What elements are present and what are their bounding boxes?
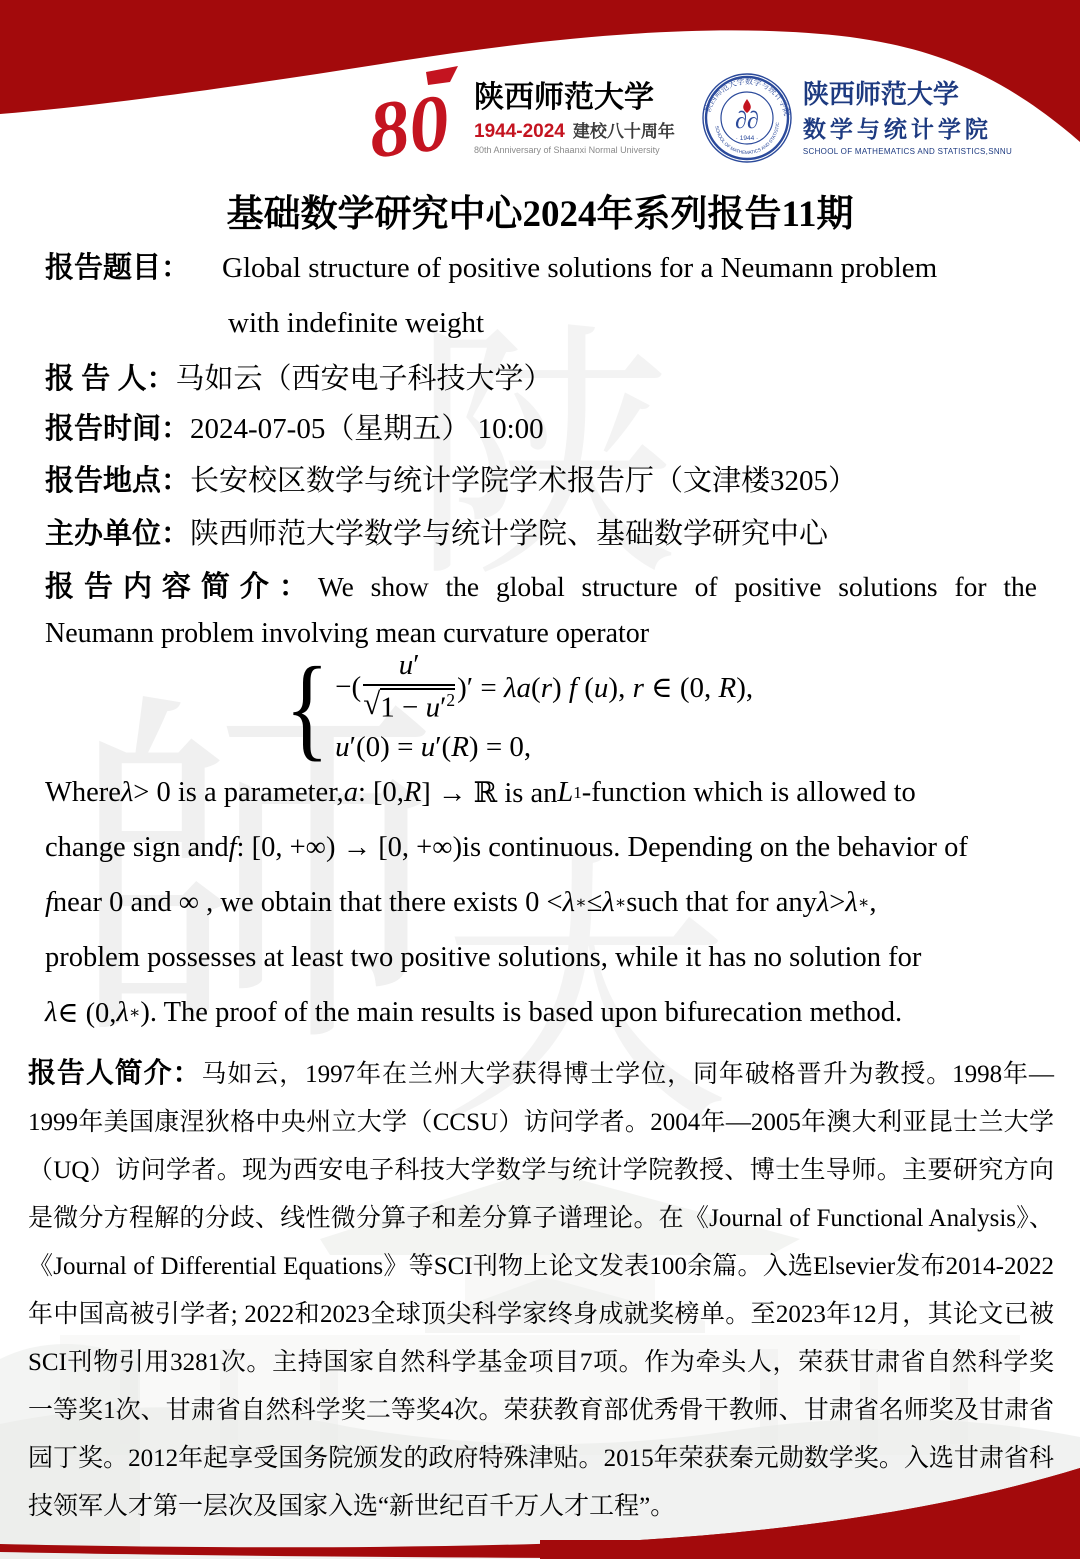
field-label: 报 告 人： <box>45 363 176 395</box>
fraction-denominator: √ 1 − u′2 <box>363 684 455 725</box>
abstract-line: f near 0 and ∞ , we obtain that there ex… <box>45 875 1043 930</box>
field-value: Global structure of positive solutions f… <box>222 252 937 284</box>
seminar-poster: 陕 師 大 80 陕西师范大学 <box>0 0 1080 1559</box>
snnu-anniversary-logo: 80 陕西师范大学 1944-2024 建校八十周年 80th Annivers… <box>368 64 675 172</box>
equation: { −( u′ √ 1 − u′2 )′ = λa(r) f (u), r ∈ … <box>285 650 753 764</box>
field-value: 马如云（西安电子科技大学） <box>176 363 553 395</box>
equation-rhs: )′ = λa(r) f (u), r ∈ (0, R), <box>457 670 753 705</box>
school-name: 数学与统计学院 <box>803 111 1012 144</box>
field-label: 报告地点： <box>45 465 190 497</box>
math-school-seal-icon: 陕西师范大学数学与统计学院 SCHOOL OF MATHEMATICS AND … <box>701 72 793 164</box>
equation-brace: { <box>285 650 329 765</box>
fraction-numerator: u′ <box>399 650 420 684</box>
anniversary-years: 1944-2024 <box>474 121 565 143</box>
abstract-line: problem possesses at least two positive … <box>45 930 1043 985</box>
equation-fraction: u′ √ 1 − u′2 <box>363 650 455 725</box>
university-name: 陕西师范大学 <box>803 80 1012 111</box>
abstract-intro-text: We show the global structure of positive… <box>318 571 1037 602</box>
abstract-intro: 报告内容简介：We show the global structure of p… <box>45 564 1037 605</box>
bio-text: 马如云，1997年在兰州大学获得博士学位，同年破格晋升为教授。1998年—199… <box>28 1061 1054 1520</box>
field-value: 长安校区数学与统计学院学术报告厅（文津楼3205） <box>190 465 857 497</box>
svg-text:· 1944 ·: · 1944 · <box>736 135 758 142</box>
bio-label: 报告人简介： <box>28 1058 202 1089</box>
field-label: 报告题目： <box>45 252 190 284</box>
anniversary-label: 建校八十周年 <box>573 117 675 142</box>
field-value: 陕西师范大学数学与统计学院、基础数学研究中心 <box>190 518 828 550</box>
speaker-bio: 报告人简介：马如云，1997年在兰州大学获得博士学位，同年破格晋升为教授。199… <box>28 1050 1054 1531</box>
field-organizer: 主办单位：陕西师范大学数学与统计学院、基础数学研究中心 <box>45 511 1037 552</box>
equation-line1: −( u′ √ 1 − u′2 )′ = λa(r) f (u), r ∈ (0… <box>335 650 753 725</box>
abstract-line: change sign and f: [0, +∞) → [0, +∞)is c… <box>45 820 1043 875</box>
field-label: 主办单位： <box>45 518 190 550</box>
poster-title: 基础数学研究中心2024年系列报告11期 <box>0 183 1080 237</box>
svg-text:80: 80 <box>368 78 454 172</box>
snnu-80-anniversary-icon: 80 <box>368 64 464 172</box>
equation-open: −( <box>335 671 361 704</box>
equation-line2: u′(0) = u′(R) = 0, <box>335 731 753 764</box>
header: 80 陕西师范大学 1944-2024 建校八十周年 80th Annivers… <box>368 64 1012 172</box>
math-school-logo: 陕西师范大学数学与统计学院 SCHOOL OF MATHEMATICS AND … <box>701 72 1012 164</box>
radicand: 1 − u′2 <box>380 688 455 725</box>
anniversary-label-en: 80th Anniversary of Shaanxi Normal Unive… <box>474 145 675 155</box>
math-school-logo-text: 陕西师范大学 数学与统计学院 SCHOOL OF MATHEMATICS AND… <box>803 80 1012 156</box>
abstract-intro-line2: Neumann problem involving mean curvature… <box>45 618 1037 650</box>
radical-sign: √ <box>363 688 380 719</box>
abstract-line: λ ∈ (0, λ∗). The proof of the main resul… <box>45 985 1043 1040</box>
abstract-line: Where λ > 0 is a parameter, a: [0, R] → … <box>45 765 1043 820</box>
abstract-body: Where λ > 0 is a parameter, a: [0, R] → … <box>45 765 1043 1040</box>
field-report-title-line2: with indefinite weight <box>228 307 1080 340</box>
school-name-en: SCHOOL OF MATHEMATICS AND STATISTICS,SNN… <box>803 147 1012 156</box>
university-name: 陕西师范大学 <box>474 81 675 116</box>
field-speaker: 报 告 人：马如云（西安电子科技大学） <box>45 356 1037 397</box>
field-report-title: 报告题目：Global structure of positive soluti… <box>45 245 1037 286</box>
svg-text:∂∂: ∂∂ <box>735 108 759 134</box>
field-time: 报告时间：2024-07-05（星期五） 10:00 <box>45 406 1037 447</box>
field-location: 报告地点：长安校区数学与统计学院学术报告厅（文津楼3205） <box>45 458 1037 499</box>
abstract-label: 报告内容简介： <box>45 571 318 603</box>
field-value: 2024-07-05（星期五） 10:00 <box>190 413 544 445</box>
snnu-logo-text: 陕西师范大学 1944-2024 建校八十周年 80th Anniversary… <box>474 81 675 156</box>
field-label: 报告时间： <box>45 413 190 445</box>
